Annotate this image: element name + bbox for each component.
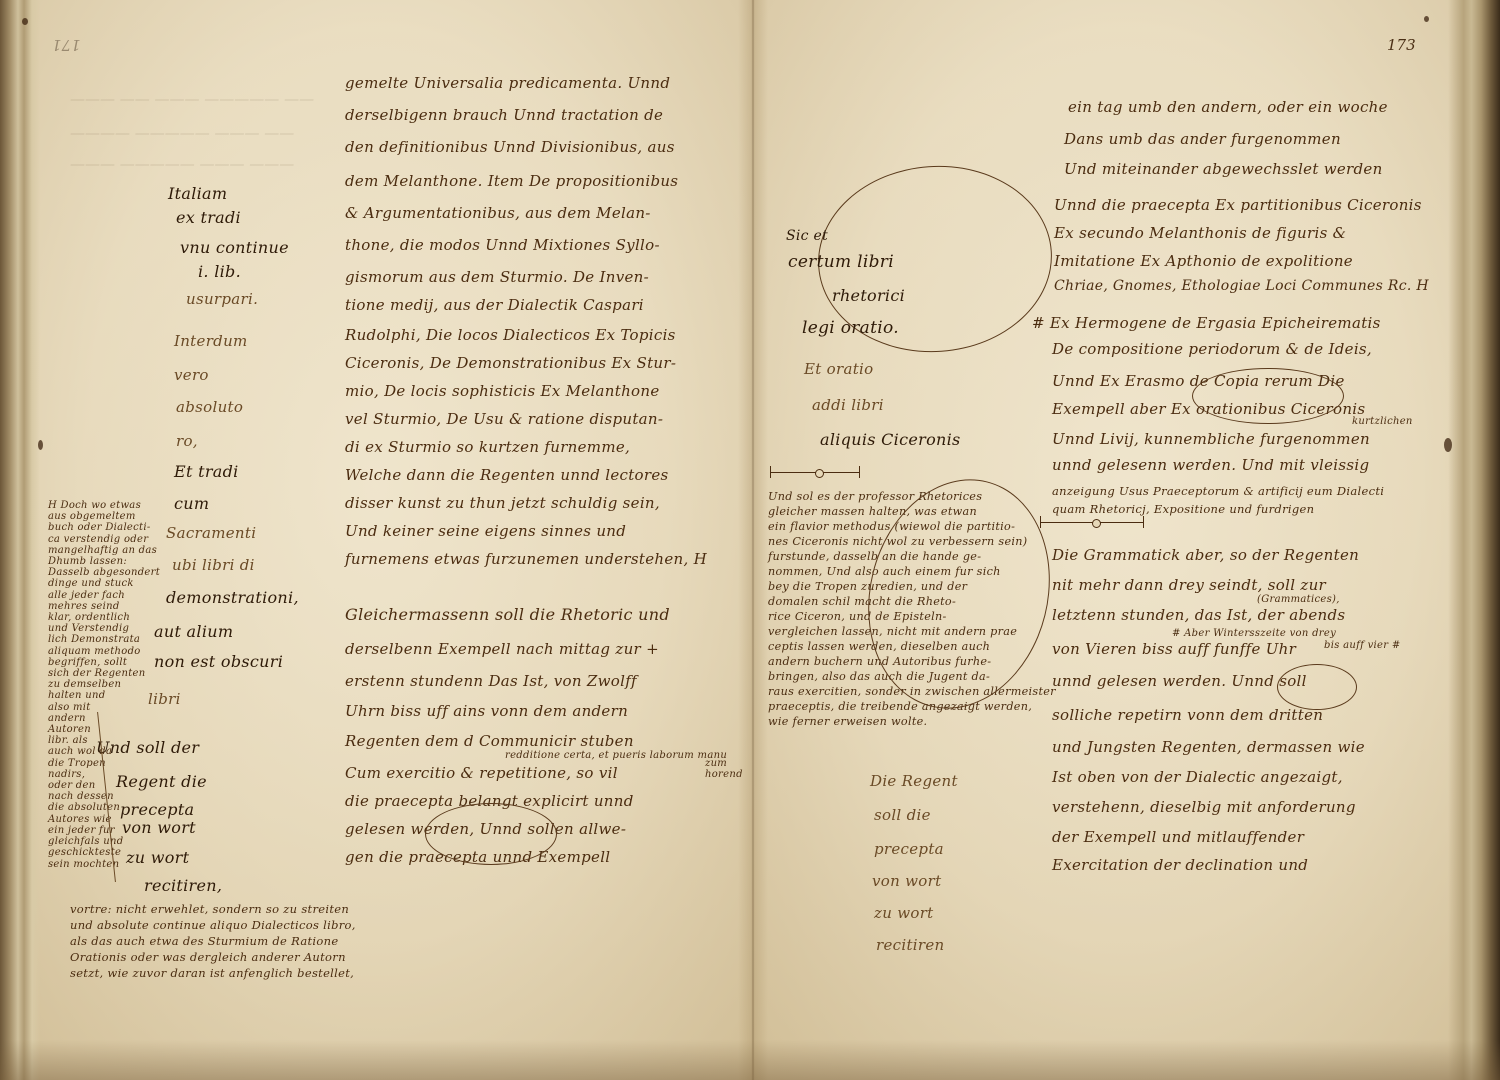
margin-word: demonstrationi, [166,588,299,607]
text-line: Unnd die praecepta Ex partitionibus Cice… [1054,196,1422,214]
margin-note-line: ca verstendig oder [48,534,148,545]
margin-note-line: zu demselben [48,679,148,690]
interlinear-note: # Aber Wintersszeite von drey [1172,628,1336,639]
margin-note-line: aus obgemeltem [48,511,148,522]
text-line: Rudolphi, Die locos Dialecticos Ex Topic… [345,326,676,344]
margin-word: Et oratio [804,360,873,378]
manuscript-spread: ——— —— ——— ————— —— ———— ————— ——— —— ——… [0,0,1500,1080]
margin-note-line: klar, ordentlich [48,612,148,623]
left-page: ——— —— ——— ————— —— ———— ————— ——— —— ——… [0,0,752,1080]
bleed-through-text: ——— ————— ——— ——— [70,155,294,173]
text-line: solliche repetirn vonn dem dritten [1052,706,1323,724]
text-line: Und keiner seine eigens sinnes und [345,522,626,540]
rule-dot [1092,519,1101,528]
interlinear-note: redditione certa, et pueris laborum manu [505,750,727,761]
interlinear-note: kurtzlichen [1352,416,1413,427]
margin-note-line: buch oder Dialecti- [48,522,148,533]
margin-word: ubi libri di [172,556,255,574]
text-line: # Ex Hermogene de Ergasia Epicheirematis [1032,314,1381,332]
margin-note-line: ein jeder fur [48,825,148,836]
text-line: Uhrn biss uff ains vonn dem andern [345,702,628,720]
margin-note-line: nadirs, [48,769,148,780]
ink-stain [1424,16,1429,22]
right-page: 173 ein tag umb den andern, oder ein woc… [752,0,1500,1080]
bottom-note-line: und absolute continue aliquo Dialecticos… [70,918,356,932]
text-line: Gleichermassenn soll die Rhetoric und [345,605,670,624]
margin-note-line: und Verstendig [48,623,148,634]
margin-note-line: Dhumb lassen: [48,556,148,567]
text-line: & Argumentationibus, aus dem Melan- [345,204,651,222]
margin-word: aliquis Ciceronis [820,430,961,449]
margin-word: vnu continue [180,238,289,257]
margin-note-small-column: H Doch wo etwas aus obgemeltem buch oder… [48,500,148,870]
margin-note-line: sein mochten [48,859,148,870]
text-line: verstehenn, dieselbig mit anforderung [1052,798,1356,816]
margin-word: ro, [176,432,198,450]
text-line: Chriae, Gnomes, Ethologiae Loci Communes… [1054,278,1429,294]
margin-paragraph-line: wie ferner erweisen wolte. [768,715,927,728]
margin-word: Die Regent [870,772,958,790]
margin-word: zu wort [874,904,934,922]
margin-word: certum libri [788,252,894,272]
margin-word: absoluto [176,398,243,416]
margin-word: Italiam [168,184,227,203]
bottom-note-line: vortre: nicht erwehlet, sondern so zu st… [70,902,349,916]
text-line: dem Melanthone. Item De propositionibus [345,172,678,190]
ink-circle-mark [425,803,557,865]
margin-paragraph-line: praeceptis, die treibende angezaigt werd… [768,700,1032,713]
margin-note-line: die Tropen [48,758,148,769]
text-line: der Exempell und mitlauffender [1052,828,1304,846]
text-line: derselbenn Exempell nach mittag zur + [345,640,659,658]
interlinear-note: zum horend [705,758,735,780]
rule-mark [1040,522,1144,523]
book-gutter [738,0,768,1080]
text-line: Ist oben von der Dialectic angezaigt, [1052,768,1343,786]
text-line: unnd gelesenn werden. Und mit vleissig [1052,456,1369,474]
margin-note-line: mehres seind [48,601,148,612]
margin-note-line: nach dessen [48,791,148,802]
margin-word: vero [174,366,209,384]
margin-word: non est obscuri [154,652,283,671]
ink-stain [1444,438,1452,452]
margin-note-line: lich Demonstrata [48,634,148,645]
margin-word: Sacramenti [166,524,256,542]
margin-word: recitiren [876,936,944,954]
text-line: gismorum aus dem Sturmio. De Inven- [345,268,649,286]
ink-stain [38,440,43,450]
margin-note-line: geschickteste [48,847,148,858]
text-line: Exercitation der declination und [1052,856,1308,874]
margin-note-line: halten und [48,690,148,701]
left-page-edge [0,0,40,1080]
margin-note-line: alle jeder fach [48,590,148,601]
text-line: di ex Sturmio so kurtzen furnemme, [345,438,630,456]
text-line: furnemens etwas furzunemen understehen, … [345,550,707,568]
text-line: quam Rhetoricj, Expositione und furdrige… [1052,502,1314,516]
text-line: gemelte Universalia predicamenta. Unnd [345,74,670,92]
rule-dot [815,469,824,478]
text-line: von Vieren biss auff funffe Uhr [1052,640,1296,658]
text-line: letztenn stunden, das Ist, der abends [1052,606,1345,624]
text-line: vel Sturmio, De Usu & ratione disputan- [345,410,663,428]
margin-note-line: Autores wie [48,814,148,825]
text-line: tione medij, aus der Dialectik Caspari [345,296,644,314]
text-line: Die Grammatick aber, so der Regenten [1052,546,1359,564]
margin-note-line: H Doch wo etwas [48,500,148,511]
text-line: nit mehr dann drey seindt, soll zur [1052,576,1326,594]
text-line: und Jungsten Regenten, dermassen wie [1052,738,1365,756]
text-line: den definitionibus Unnd Divisionibus, au… [345,138,675,156]
margin-note-line: auch wol da [48,746,148,757]
margin-word: precepta [874,840,944,858]
text-line: De compositione periodorum & de Ideis, [1052,340,1372,358]
text-line: Und miteinander abgewechsslet werden [1064,160,1383,178]
text-line: Ciceronis, De Demonstrationibus Ex Stur- [345,354,676,372]
bottom-note-line: als das auch etwa des Sturmium de Ration… [70,934,338,948]
margin-note-line: die absoluten [48,802,148,813]
text-line: Cum exercitio & repetitione, so vil [345,764,618,782]
interlinear-note: (Grammatices), [1257,594,1340,605]
text-line: Welche dann die Regenten unnd lectores [345,466,669,484]
text-line: disser kunst zu thun jetzt schuldig sein… [345,494,660,512]
margin-word: Interdum [174,332,248,350]
interlinear-note: bis auff vier # [1324,640,1401,651]
text-line: Unnd Livij, kunnembliche furgenommen [1052,430,1370,448]
margin-word: Et tradi [174,462,239,481]
margin-note-line: oder den [48,780,148,791]
right-page-edge [1448,0,1500,1080]
margin-word: i. lib. [198,262,241,281]
bottom-note-line: setzt, wie zuvor daran ist anfenglich be… [70,966,354,980]
margin-word: rhetorici [832,286,905,305]
margin-note-line: sich der Regenten [48,668,148,679]
text-line: unnd gelesen werden. Unnd soll [1052,672,1307,690]
text-line: Ex secundo Melanthonis de figuris & [1054,224,1346,242]
margin-word: addi libri [812,396,884,414]
text-line: Imitatione Ex Apthonio de expolitione [1054,252,1353,270]
margin-note-line: begriffen, sollt [48,657,148,668]
margin-note-line: libr. als [48,735,148,746]
margin-word: legi oratio. [802,318,899,338]
margin-word: Sic et [786,228,828,244]
text-line: ein tag umb den andern, oder ein woche [1068,98,1388,116]
ink-circle-mark [1277,664,1357,710]
margin-note-line: gleichfals und [48,836,148,847]
margin-word: libri [148,690,181,708]
text-line: anzeigung Usus Praeceptorum & artificij … [1052,484,1384,498]
ink-stain [22,18,28,25]
margin-word: cum [174,494,209,513]
margin-note-line: Dasselb abgesondert [48,567,148,578]
folio-number-right: 173 [1387,36,1416,54]
bottom-note-line: Orationis oder was dergleich anderer Aut… [70,950,346,964]
text-line: Dans umb das ander furgenommen [1064,130,1341,148]
bleed-through-text: ——— —— ——— ————— —— [70,90,314,108]
text-line: thone, die modos Unnd Mixtiones Syllo- [345,236,660,254]
margin-word: von wort [872,872,941,890]
margin-word: usurpari. [186,290,258,308]
rule-mark [770,472,860,473]
margin-word: aut alium [154,622,233,641]
margin-note-line: mangelhaftig an das [48,545,148,556]
page-bottom-shadow [0,1040,1500,1080]
bleed-through-text: ———— ————— ——— —— [70,124,294,142]
text-line: mio, De locis sophisticis Ex Melanthone [345,382,660,400]
margin-note-line: dinge und stuck [48,578,148,589]
text-line: erstenn stundenn Das Ist, von Zwolff [345,672,637,690]
text-line: derselbigenn brauch Unnd tractation de [345,106,663,124]
margin-word: soll die [874,806,931,824]
margin-word: ex tradi [176,208,241,227]
margin-note-line: aliquam methodo [48,646,148,657]
ink-circle-mark [1192,368,1344,424]
margin-word: recitiren, [144,876,222,895]
folio-number-left: 171 [52,36,81,54]
text-line: Regenten dem d Communicir stuben [345,732,634,750]
